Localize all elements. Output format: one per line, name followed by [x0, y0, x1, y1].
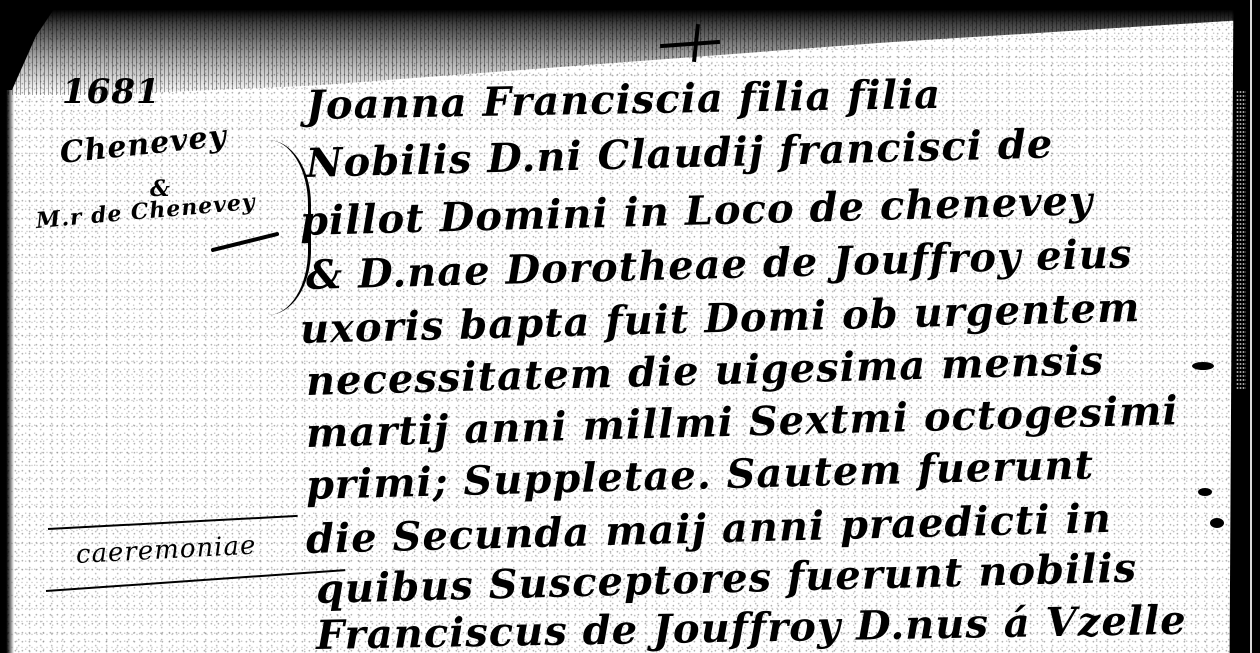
dark-scan-border-left [0, 0, 14, 653]
binding-speckle [1236, 90, 1246, 390]
line-end-dash [1198, 488, 1212, 496]
binding-highlight-line [1250, 0, 1252, 653]
header-cross-mark [660, 24, 720, 64]
margin-year: 1681 [62, 72, 161, 112]
line-end-dash [1210, 518, 1224, 528]
scanned-register-page: 1681 Chenevey & M.r de Chenevey caeremon… [0, 0, 1260, 653]
line-end-flourish [1192, 362, 1214, 370]
